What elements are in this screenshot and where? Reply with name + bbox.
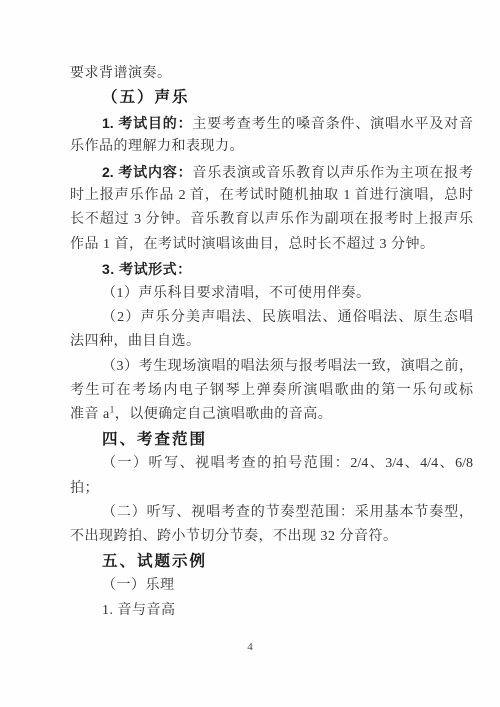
text-line: 作品 1 首，在考试时演唱该曲目，总时长不超过 3 分钟。: [70, 233, 473, 257]
text-line: 乐作品的理解力和表现力。: [70, 135, 473, 159]
text-line: 2. 考试内容：音乐表演或音乐教育以声乐作为主项在报考: [70, 160, 473, 184]
text-line: （2）声乐分美声唱法、民族唱法、通俗唱法、原生态唱: [70, 306, 473, 330]
text-line: （二）听写、视唱考查的节奏型范围：采用基本节奏型，: [70, 501, 473, 525]
run-text: 音乐表演或音乐教育以声乐作为主项在报考: [192, 166, 473, 181]
run-text: 主要考查考生的嗓音条件、演唱水平及对音: [192, 117, 473, 132]
text-line: 拍；: [70, 477, 473, 501]
run-text: ，以便确定自己演唱歌曲的音高。: [115, 407, 333, 422]
text-line: （3）考生现场演唱的唱法须与报考唱法一致，演唱之前，: [70, 355, 473, 379]
heading-vocal-music: （五）声乐: [70, 86, 473, 110]
heading-music-theory: （一）乐理: [70, 574, 473, 598]
run-label-bold: 1. 考试目的：: [102, 115, 192, 131]
text-line: 1. 考试目的：主要考查考生的嗓音条件、演唱水平及对音: [70, 111, 473, 135]
run-label-bold: 3. 考试形式：: [102, 261, 192, 277]
heading-tone-and-pitch: 1. 音与音高: [70, 599, 473, 623]
page-number: 4: [0, 641, 500, 653]
text-line: 法四种，曲目自选。: [70, 330, 473, 354]
text-line: 长不超过 3 分钟。音乐教育以声乐作为副项在报考时上报声乐: [70, 208, 473, 232]
document-body: 要求背谱演奏。 （五）声乐 1. 考试目的：主要考查考生的嗓音条件、演唱水平及对…: [70, 62, 473, 623]
document-page: 要求背谱演奏。 （五）声乐 1. 考试目的：主要考查考生的嗓音条件、演唱水平及对…: [0, 0, 500, 707]
text-line: 考生可在考场内电子钢琴上弹奏所演唱歌曲的第一乐句或标: [70, 379, 473, 403]
text-line: 3. 考试形式：: [70, 257, 473, 281]
text-line: （1）声乐科目要求清唱，不可使用伴奏。: [70, 282, 473, 306]
run-text: 准音 a: [70, 407, 110, 422]
text-line: （一）听写、视唱考查的拍号范围：2/4、3/4、4/4、6/8: [70, 452, 473, 476]
run-label-bold: 2. 考试内容：: [102, 164, 192, 180]
heading-sample-questions: 五、试题示例: [70, 550, 473, 574]
heading-exam-scope: 四、考查范围: [70, 428, 473, 452]
text-line: 不出现跨拍、跨小节切分节奏，不出现 32 分音符。: [70, 525, 473, 549]
text-line: 要求背谱演奏。: [70, 62, 473, 86]
text-line: 准音 a1，以便确定自己演唱歌曲的音高。: [70, 403, 473, 427]
text-line: 时上报声乐作品 2 首，在考试时随机抽取 1 首进行演唱，总时: [70, 184, 473, 208]
